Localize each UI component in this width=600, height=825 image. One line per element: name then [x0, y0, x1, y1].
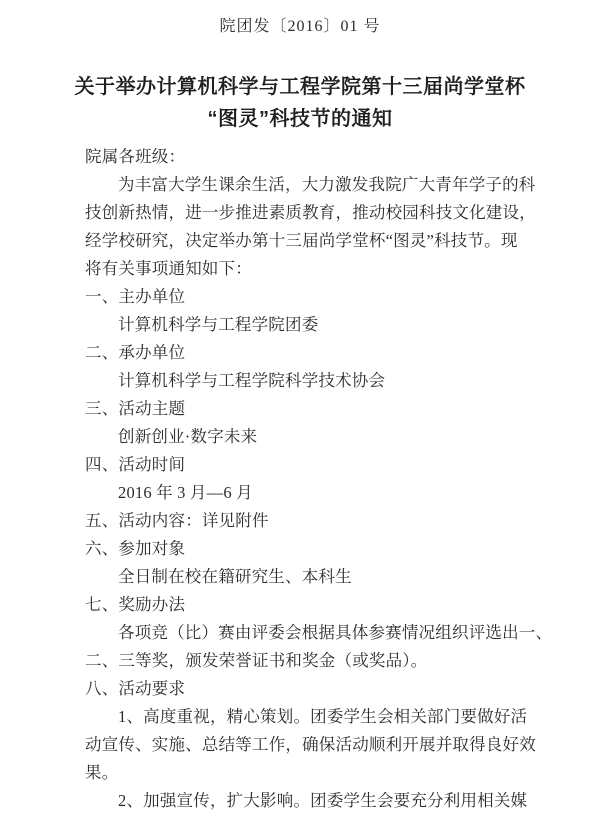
section-6-content-line: 全日制在校在籍研究生、本科生	[85, 563, 550, 591]
section-4-heading: 四、活动时间	[85, 451, 550, 479]
section-3-heading: 三、活动主题	[85, 395, 550, 423]
section-8-heading: 八、活动要求	[85, 675, 550, 703]
intro-line-1: 为丰富大学生课余生活，大力激发我院广大青年学子的科	[85, 171, 550, 199]
section-8-content-line-2: 动宣传、实施、总结等工作，确保活动顺利开展并取得良好效	[85, 731, 550, 759]
intro-line-4: 将有关事项通知如下：	[85, 255, 550, 283]
document-body: 院属各班级： 为丰富大学生课余生活，大力激发我院广大青年学子的科 技创新热情，进…	[0, 143, 600, 815]
section-2-content-line: 计算机科学与工程学院科学技术协会	[85, 367, 550, 395]
doc-number: 院团发〔2016〕01 号	[0, 16, 600, 38]
section-7-heading: 七、奖励办法	[85, 591, 550, 619]
section-4-content-line: 2016 年 3 月—6 月	[85, 479, 550, 507]
section-6-heading: 六、参加对象	[85, 535, 550, 563]
section-1-heading: 一、主办单位	[85, 283, 550, 311]
document-title: 关于举办计算机科学与工程学院第十三届尚学堂杯 “图灵”科技节的通知	[0, 71, 600, 135]
section-8-content-line-1: 1、高度重视，精心策划。团委学生会相关部门要做好活	[85, 703, 550, 731]
section-8-content-line-4: 2、加强宣传，扩大影响。团委学生会要充分利用相关媒	[85, 787, 550, 815]
section-7-content-line-2: 二、三等奖，颁发荣誉证书和奖金（或奖品）。	[85, 647, 550, 675]
section-3-content-line: 创新创业·数字未来	[85, 423, 550, 451]
section-5-heading: 五、活动内容：详见附件	[85, 507, 550, 535]
salutation: 院属各班级：	[85, 143, 550, 171]
section-2-heading: 二、承办单位	[85, 339, 550, 367]
document-page: 院团发〔2016〕01 号 关于举办计算机科学与工程学院第十三届尚学堂杯 “图灵…	[0, 0, 600, 825]
intro-line-3: 经学校研究，决定举办第十三届尚学堂杯“图灵”科技节。现	[85, 227, 550, 255]
section-1-content-line: 计算机科学与工程学院团委	[85, 311, 550, 339]
title-line-1: 关于举办计算机科学与工程学院第十三届尚学堂杯	[0, 71, 600, 103]
intro-line-2: 技创新热情，进一步推进素质教育，推动校园科技文化建设，	[85, 199, 550, 227]
title-line-2: “图灵”科技节的通知	[0, 103, 600, 135]
section-7-content-line-1: 各项竞（比）赛由评委会根据具体参赛情况组织评选出一、	[85, 619, 550, 647]
section-8-content-line-3: 果。	[85, 759, 550, 787]
